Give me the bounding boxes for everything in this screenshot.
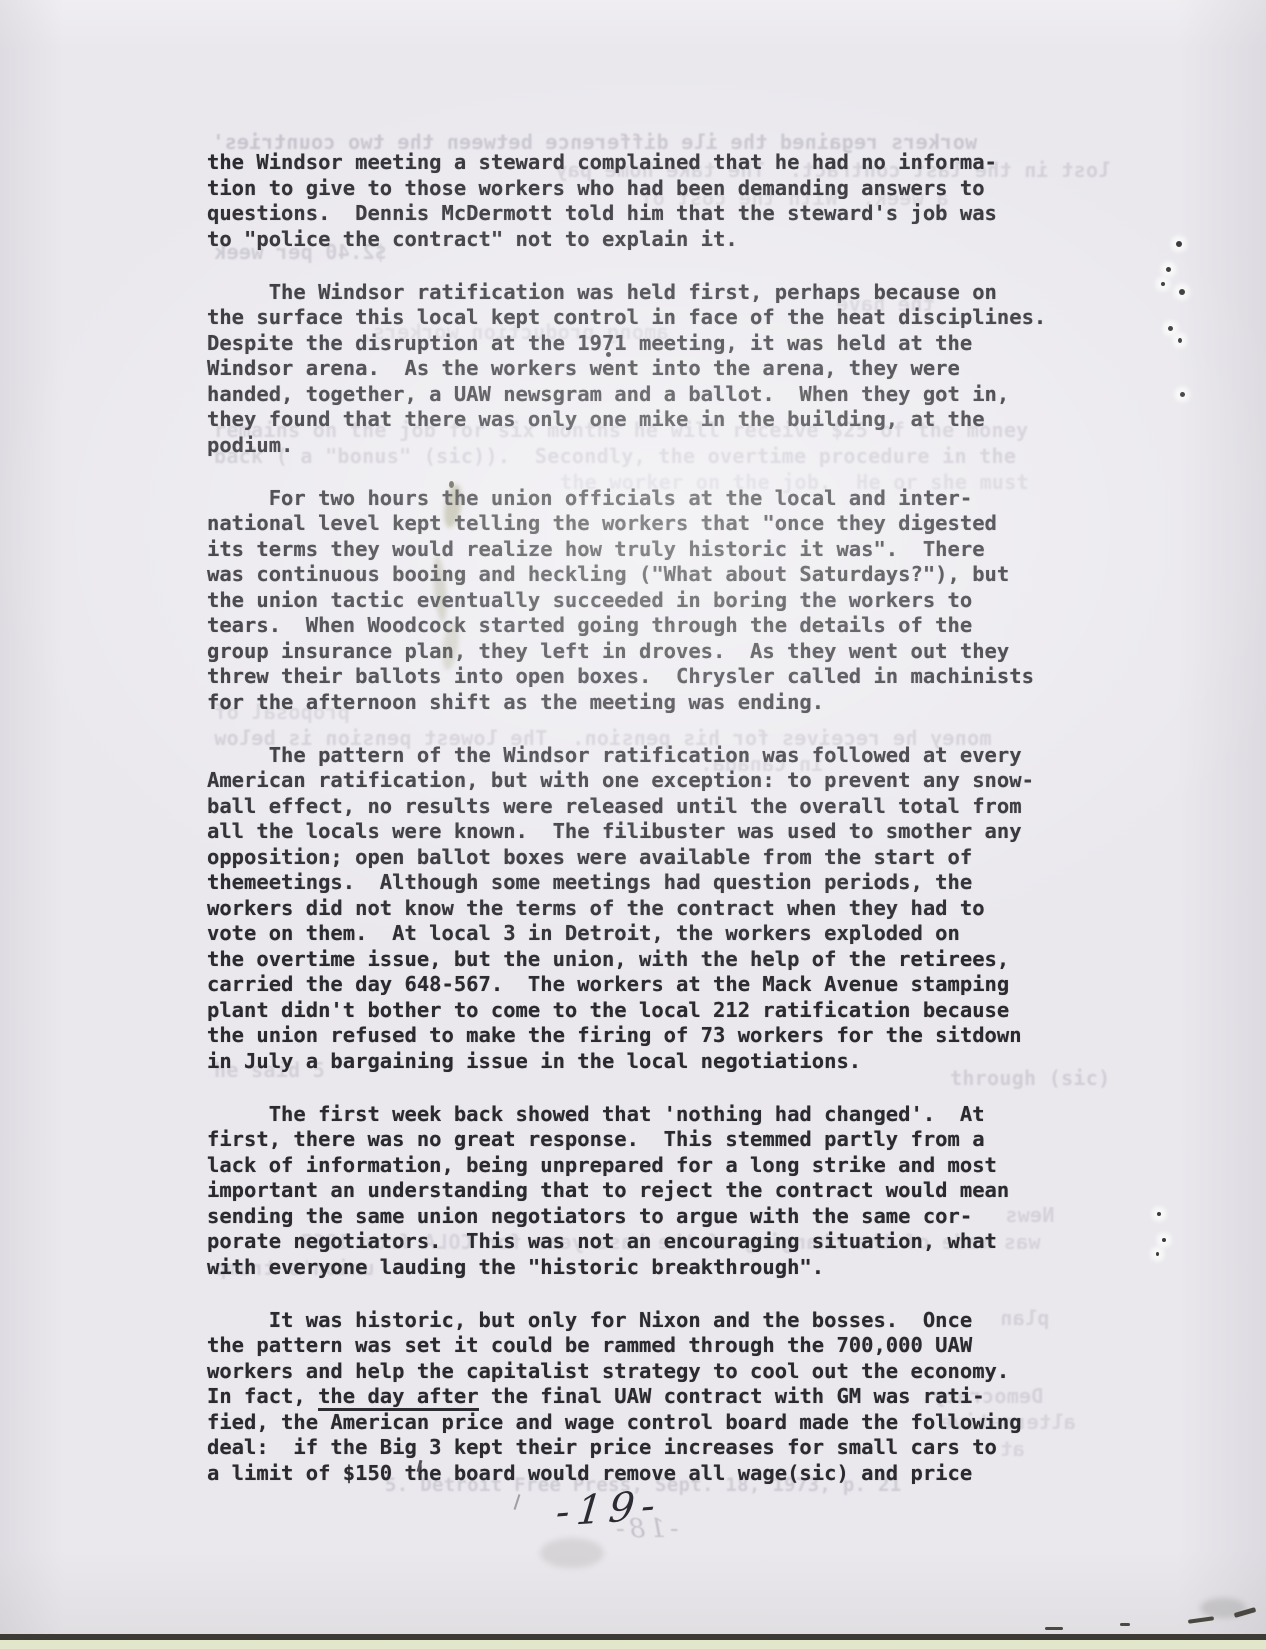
ink-speck [1161, 282, 1165, 286]
scratch-mark [1045, 1627, 1063, 1630]
scan-edge-band [0, 1640, 1266, 1649]
paragraph: The pattern of the Windsor ratification … [207, 743, 1067, 1075]
text-line: Windsor arena. As the workers went into … [207, 356, 1067, 382]
text-line: all the locals were known. The filibuste… [207, 819, 1067, 845]
text-segment: In fact, [207, 1384, 318, 1408]
text-line: group insurance plan, they left in drove… [207, 639, 1067, 665]
text-line: national level kept telling the workers … [207, 511, 1067, 537]
ink-speck [1168, 326, 1173, 331]
text-line: tears. When Woodcock started going throu… [207, 613, 1067, 639]
paragraph: For two hours the union officials at the… [207, 486, 1067, 716]
text-line: carried the day 648-567. The workers at … [207, 972, 1067, 998]
text-line: handed, together, a UAW newsgram and a b… [207, 382, 1067, 408]
stain-mark [540, 1538, 604, 1568]
text-line: fied, the American price and wage contro… [207, 1410, 1067, 1436]
text-line: American ratification, but with one exce… [207, 768, 1067, 794]
text-line: for the afternoon shift as the meeting w… [207, 690, 1067, 716]
ink-speck [1157, 1212, 1161, 1216]
text-line: lack of information, being unprepared fo… [207, 1153, 1067, 1179]
text-line: to "police the contract" not to explain … [207, 227, 1067, 253]
text-line: the union tactic eventually succeeded in… [207, 588, 1067, 614]
text-line: workers and help the capitalist strategy… [207, 1359, 1067, 1385]
paragraph: the Windsor meeting a steward complained… [207, 150, 1067, 252]
text-line: The Windsor ratification was held first,… [207, 280, 1067, 306]
ink-speck [1180, 392, 1185, 397]
ink-speck [1179, 289, 1185, 295]
typewritten-text-layer: the Windsor meeting a steward complained… [207, 150, 1067, 1486]
text-line: sending the same union negotiators to ar… [207, 1204, 1067, 1230]
text-line: plant didn't bother to come to the local… [207, 998, 1067, 1024]
ink-speck [1162, 1238, 1166, 1242]
text-line: podium. [207, 433, 1067, 459]
ink-speck [1176, 241, 1182, 247]
underlined-phrase: the day after [318, 1384, 478, 1411]
text-line: the Windsor meeting a steward complained… [207, 150, 1067, 176]
text-line: workers did not know the terms of the co… [207, 896, 1067, 922]
text-line: the union refused to make the firing of … [207, 1023, 1067, 1049]
typo-dot-mark [606, 352, 611, 357]
text-line: the overtime issue, but the union, with … [207, 947, 1067, 973]
page-number-handwritten: -19- [554, 1482, 665, 1536]
text-line: deal: if the Big 3 kept their price incr… [207, 1435, 1067, 1461]
text-line: opposition; open ballot boxes were avail… [207, 845, 1067, 871]
text-line: they found that there was only one mike … [207, 407, 1067, 433]
text-line: the pattern was set it could be rammed t… [207, 1333, 1067, 1359]
text-line: its terms they would realize how truly h… [207, 537, 1067, 563]
text-line: ball effect, no results were released un… [207, 794, 1067, 820]
ink-speck [1156, 1252, 1159, 1256]
scratch-mark [1120, 1623, 1130, 1626]
text-line: porate negotiators. This was not an enco… [207, 1229, 1067, 1255]
text-line: Despite the disruption at the 1971 meeti… [207, 331, 1067, 357]
paragraph: The first week back showed that 'nothing… [207, 1102, 1067, 1281]
text-line: in July a bargaining issue in the local … [207, 1049, 1067, 1075]
text-line: In fact, the day after the final UAW con… [207, 1384, 1067, 1410]
text-line: a limit of $150 the board would remove a… [207, 1461, 1067, 1487]
text-line: It was historic, but only for Nixon and … [207, 1308, 1067, 1334]
text-line: with everyone lauding the "historic brea… [207, 1255, 1067, 1281]
text-line: was continuous booing and heckling ("Wha… [207, 562, 1067, 588]
text-line: themeetings. Although some meetings had … [207, 870, 1067, 896]
text-segment: the final UAW contract with GM was rati- [479, 1384, 985, 1408]
document-page: workers regained the ile difference betw… [0, 0, 1266, 1649]
ink-speck [1178, 338, 1182, 343]
text-line: tion to give to those workers who had be… [207, 176, 1067, 202]
text-line: first, there was no great response. This… [207, 1127, 1067, 1153]
paragraph: The Windsor ratification was held first,… [207, 280, 1067, 459]
paragraph: It was historic, but only for Nixon and … [207, 1308, 1067, 1487]
text-line: the surface this local kept control in f… [207, 305, 1067, 331]
text-line: threw their ballots into open boxes. Chr… [207, 664, 1067, 690]
stain-fleck [449, 481, 454, 488]
ink-speck [1166, 267, 1171, 272]
text-line: The first week back showed that 'nothing… [207, 1102, 1067, 1128]
text-line: For two hours the union officials at the… [207, 486, 1067, 512]
text-line: important an understanding that to rejec… [207, 1178, 1067, 1204]
text-line: The pattern of the Windsor ratification … [207, 743, 1067, 769]
text-line: vote on them. At local 3 in Detroit, the… [207, 921, 1067, 947]
text-line: questions. Dennis McDermott told him tha… [207, 201, 1067, 227]
